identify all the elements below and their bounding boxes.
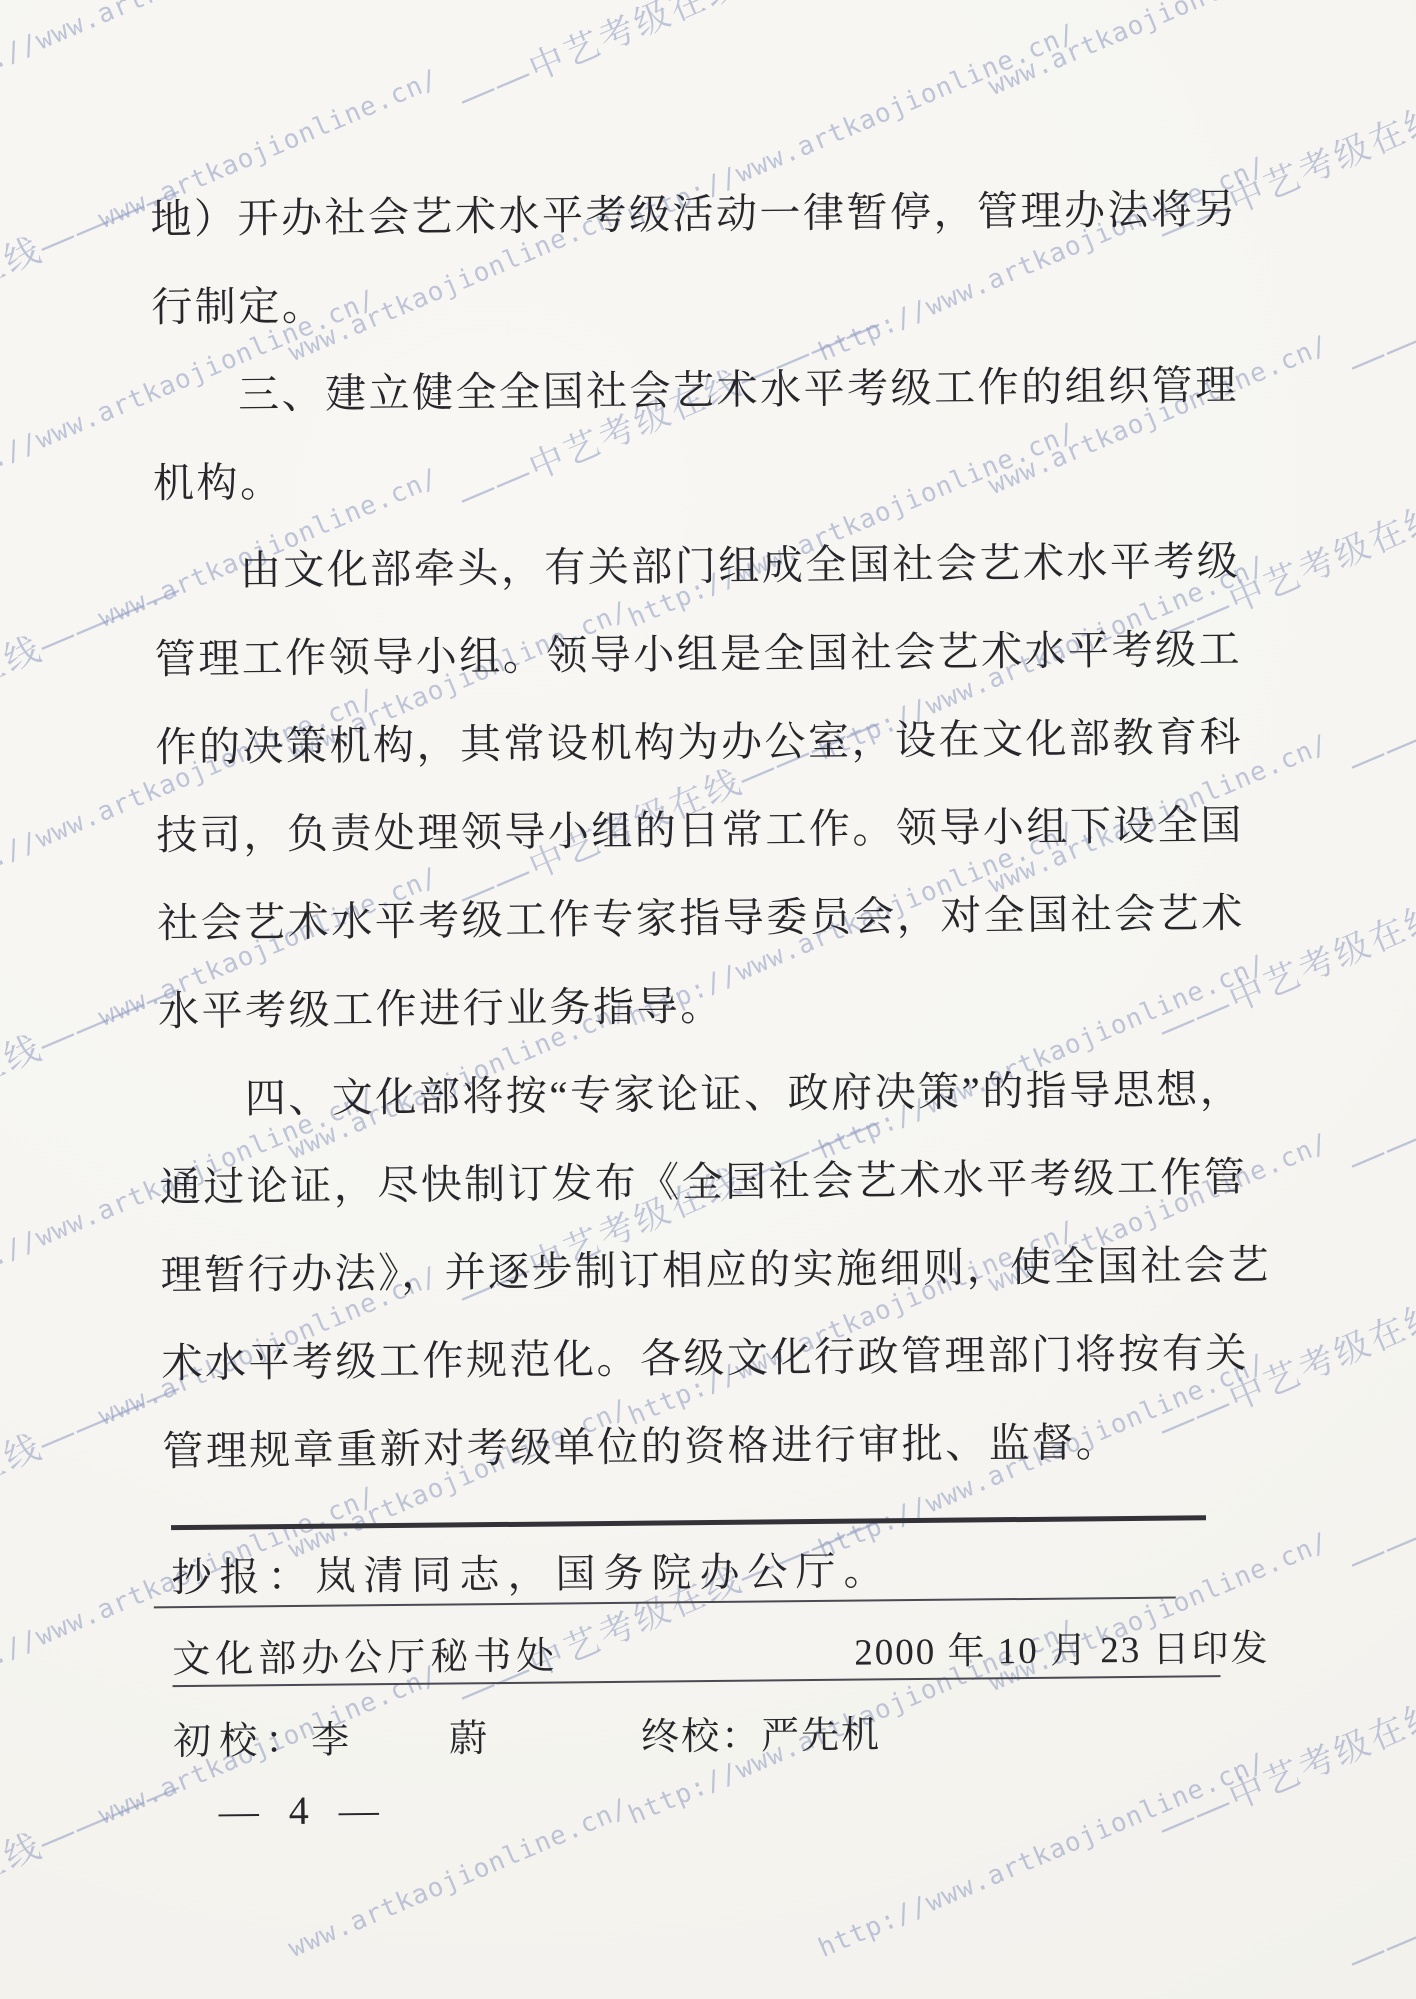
body-line: 理暂行办法》，并逐步制订相应的实施细则，使全国社会艺 xyxy=(160,1220,1291,1319)
body-line: 四、文化部将按“专家论证、政府决策”的指导思想， xyxy=(159,1044,1290,1143)
body-line: 通过论证，尽快制订发布《全国社会艺术水平考级工作管 xyxy=(159,1132,1290,1231)
body-line: 三、建立健全全国社会艺术水平考级工作的组织管理 xyxy=(152,340,1283,439)
body-line: 水平考级工作进行业务指导。 xyxy=(158,956,1289,1055)
scanned-document-page: ——中艺考级在线————www.artkaojionline.cn/http:/… xyxy=(0,0,1416,1999)
final-proofreader: 终校：严先机 xyxy=(641,1703,882,1760)
page-number: — 4 — xyxy=(219,1786,389,1835)
body-line: 管理规章重新对考级单位的资格进行审批、监督。 xyxy=(162,1396,1293,1495)
body-line: 管理工作领导小组。领导小组是全国社会艺术水平考级工 xyxy=(154,604,1285,703)
issuing-office: 文化部办公厅秘书处 xyxy=(172,1624,560,1683)
body-line: 社会艺术水平考级工作专家指导委员会，对全国社会艺术 xyxy=(157,868,1288,967)
first-proofreader: 初校：李 蔚 xyxy=(173,1707,496,1765)
copy-report-line: 抄报：岚清同志，国务院办公厅。 xyxy=(171,1539,892,1603)
document-body: 地）开办社会艺术水平考级活动一律暂停，管理办法将另 行制定。 三、建立健全全国社… xyxy=(150,164,1293,1495)
document-content: 地）开办社会艺术水平考级活动一律暂停，管理办法将另 行制定。 三、建立健全全国社… xyxy=(0,0,1416,1999)
body-line: 由文化部牵头，有关部门组成全国社会艺术水平考级 xyxy=(153,516,1284,615)
print-date: 2000 年 10 月 23 日印发 xyxy=(854,1618,1270,1676)
body-line: 地）开办社会艺术水平考级活动一律暂停，管理办法将另 xyxy=(150,164,1281,263)
body-line: 行制定。 xyxy=(151,252,1282,351)
body-line: 术水平考级工作规范化。各级文化行政管理部门将按有关 xyxy=(161,1308,1292,1407)
body-line: 技司，负责处理领导小组的日常工作。领导小组下设全国 xyxy=(156,780,1287,879)
document-footer: 抄报：岚清同志，国务院办公厅。 文化部办公厅秘书处 2000 年 10 月 23… xyxy=(161,1510,1414,1862)
footer-divider-thick xyxy=(171,1515,1206,1530)
body-line: 机构。 xyxy=(153,428,1284,527)
body-line: 作的决策机构，其常设机构为办公室，设在文化部教育科 xyxy=(155,692,1286,791)
